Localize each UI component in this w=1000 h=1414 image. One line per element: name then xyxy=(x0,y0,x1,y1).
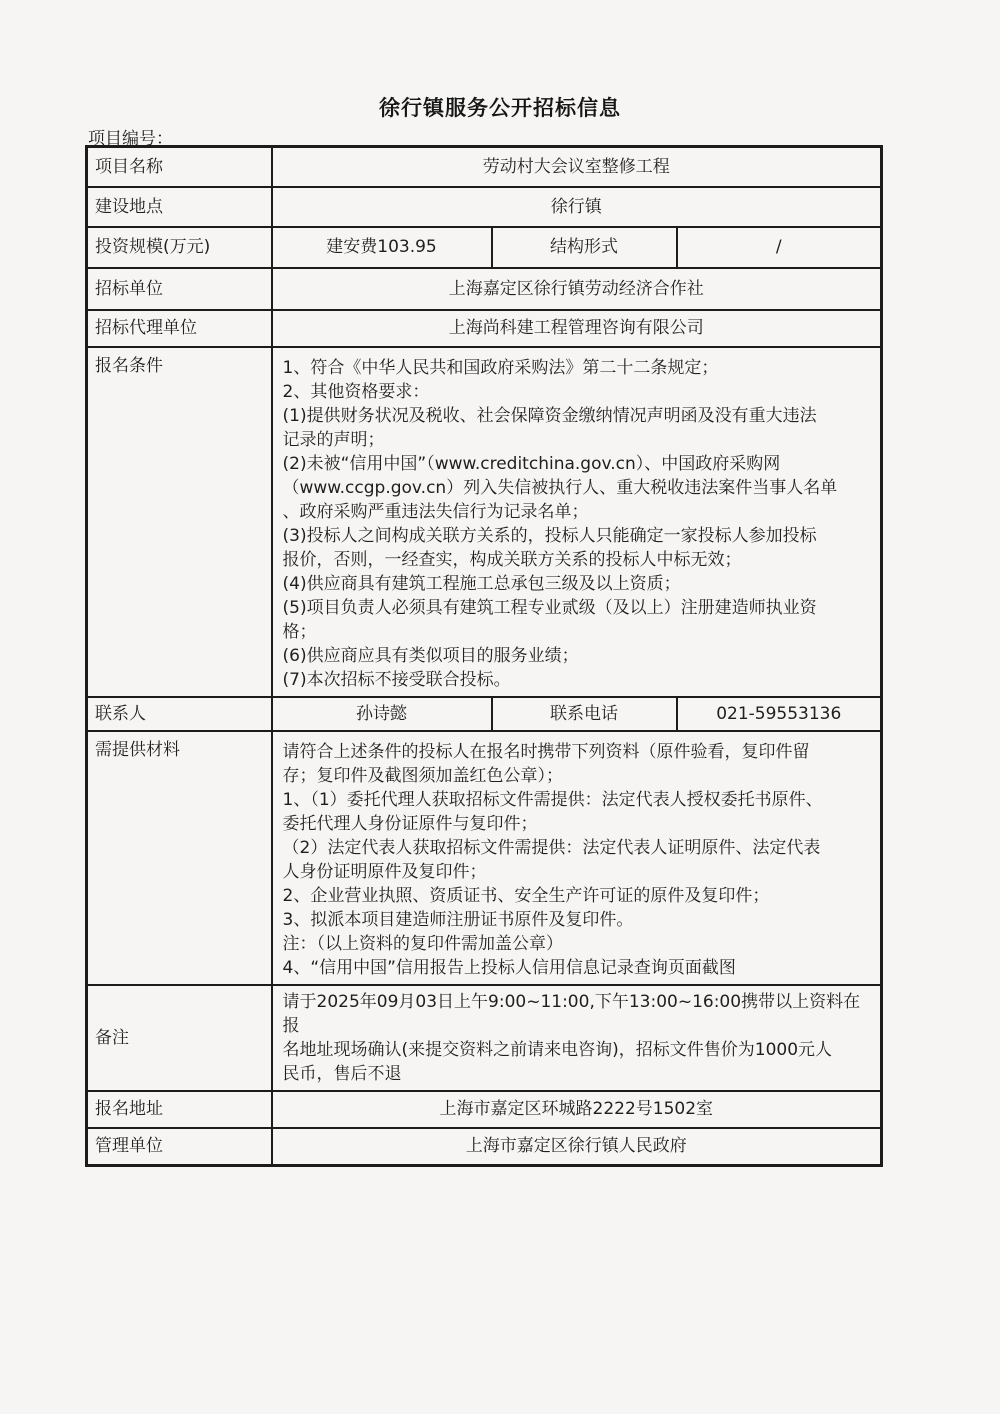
investment-label: 投资规模(万元) xyxy=(87,227,272,268)
contact-label: 联系人 xyxy=(87,697,272,731)
investment-value: 建安费103.95 xyxy=(272,227,492,268)
row-management: 管理单位 上海市嘉定区徐行镇人民政府 xyxy=(87,1128,882,1166)
row-investment: 投资规模(万元) 建安费103.95 结构形式 / xyxy=(87,227,882,268)
project-name-value: 劳动村大会议室整修工程 xyxy=(272,147,882,187)
document-page: 徐行镇服务公开招标信息 项目编号： 项目名称 劳动村大会议室整修工程 建设地点 … xyxy=(0,0,1000,1414)
agency-unit-label: 招标代理单位 xyxy=(87,310,272,347)
contact-name: 孙诗懿 xyxy=(272,697,492,731)
address-value: 上海市嘉定区环城路2222号1502室 xyxy=(272,1091,882,1128)
conditions-text: 1、符合《中华人民共和国政府采购法》第二十二条规定； 2、其他资格要求： (1)… xyxy=(272,347,882,697)
address-label: 报名地址 xyxy=(87,1091,272,1128)
materials-label: 需提供材料 xyxy=(87,731,272,985)
structure-type-label: 结构形式 xyxy=(492,227,677,268)
location-value: 徐行镇 xyxy=(272,187,882,227)
contact-phone-label: 联系电话 xyxy=(492,697,677,731)
remarks-label: 备注 xyxy=(87,985,272,1091)
location-label: 建设地点 xyxy=(87,187,272,227)
document-title: 徐行镇服务公开招标信息 xyxy=(0,92,1000,122)
project-name-label: 项目名称 xyxy=(87,147,272,187)
remarks-text: 请于2025年09月03日上午9:00~11:00,下午13:00~16:00携… xyxy=(272,985,882,1091)
agency-unit-value: 上海尚科建工程管理咨询有限公司 xyxy=(272,310,882,347)
row-agency-unit: 招标代理单位 上海尚科建工程管理咨询有限公司 xyxy=(87,310,882,347)
row-conditions: 报名条件 1、符合《中华人民共和国政府采购法》第二十二条规定； 2、其他资格要求… xyxy=(87,347,882,697)
row-location: 建设地点 徐行镇 xyxy=(87,187,882,227)
tender-info-table: 项目名称 劳动村大会议室整修工程 建设地点 徐行镇 投资规模(万元) 建安费10… xyxy=(85,145,883,1167)
conditions-label: 报名条件 xyxy=(87,347,272,697)
row-remarks: 备注 请于2025年09月03日上午9:00~11:00,下午13:00~16:… xyxy=(87,985,882,1091)
row-address: 报名地址 上海市嘉定区环城路2222号1502室 xyxy=(87,1091,882,1128)
contact-phone-value: 021-59553136 xyxy=(677,697,882,731)
management-value: 上海市嘉定区徐行镇人民政府 xyxy=(272,1128,882,1166)
tender-unit-value: 上海嘉定区徐行镇劳动经济合作社 xyxy=(272,268,882,310)
management-label: 管理单位 xyxy=(87,1128,272,1166)
tender-unit-label: 招标单位 xyxy=(87,268,272,310)
row-materials: 需提供材料 请符合上述条件的投标人在报名时携带下列资料（原件验看，复印件留 存；… xyxy=(87,731,882,985)
materials-text: 请符合上述条件的投标人在报名时携带下列资料（原件验看，复印件留 存；复印件及截图… xyxy=(272,731,882,985)
row-contact: 联系人 孙诗懿 联系电话 021-59553136 xyxy=(87,697,882,731)
row-tender-unit: 招标单位 上海嘉定区徐行镇劳动经济合作社 xyxy=(87,268,882,310)
row-project-name: 项目名称 劳动村大会议室整修工程 xyxy=(87,147,882,187)
structure-type-value: / xyxy=(677,227,882,268)
